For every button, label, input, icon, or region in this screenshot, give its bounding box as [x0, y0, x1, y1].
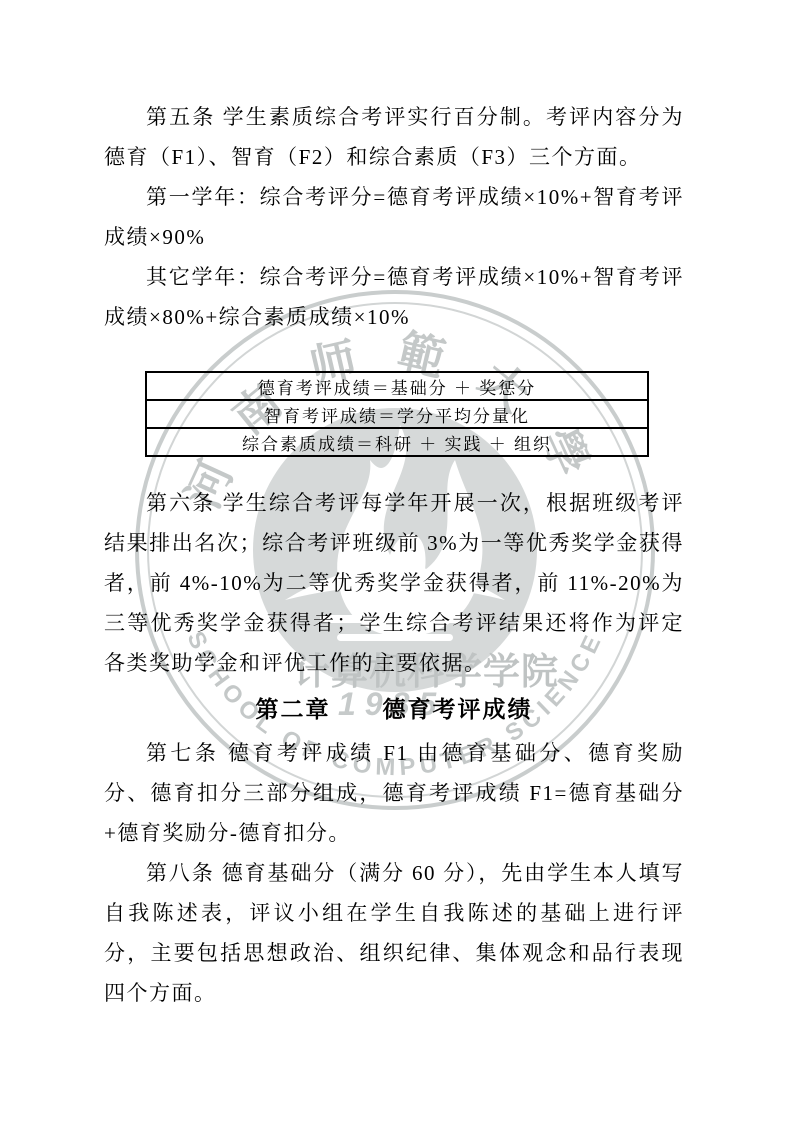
score-formula-table: 德育考评成绩＝基础分 ＋ 奖惩分 智育考评成绩＝学分平均分量化 综合素质成绩＝科…: [145, 371, 649, 457]
paragraph-formula-other-years: 其它学年：综合考评分=德育考评成绩×10%+智育考评成绩×80%+综合素质成绩×…: [104, 257, 684, 337]
paragraph-article-5: 第五条 学生素质综合考评实行百分制。考评内容分为德育（F1）、智育（F2）和综合…: [104, 97, 684, 177]
chapter-2-heading: 第二章德育考评成绩: [104, 689, 684, 729]
paragraph-article-7: 第七条 德育考评成绩 F1 由德育基础分、德育奖励分、德育扣分三部分组成，德育考…: [104, 733, 684, 853]
chapter-number: 第二章: [256, 696, 331, 722]
table-cell-moral-formula: 德育考评成绩＝基础分 ＋ 奖惩分: [146, 372, 648, 400]
paragraph-article-6: 第六条 学生综合考评每学年开展一次，根据班级考评结果排出名次；综合考评班级前 3…: [104, 483, 684, 683]
document-content: 第五条 学生素质综合考评实行百分制。考评内容分为德育（F1）、智育（F2）和综合…: [104, 0, 684, 1013]
table-row: 德育考评成绩＝基础分 ＋ 奖惩分: [146, 372, 648, 400]
table-cell-intellectual-formula: 智育考评成绩＝学分平均分量化: [146, 400, 648, 428]
chapter-title: 德育考评成绩: [383, 696, 533, 722]
table-row: 综合素质成绩＝科研 ＋ 实践 ＋ 组织: [146, 428, 648, 456]
paragraph-article-8: 第八条 德育基础分（满分 60 分），先由学生本人填写自我陈述表，评议小组在学生…: [104, 853, 684, 1013]
document-page: 河南师範大學 SCHOOL OF COMPUTER SCIENCE 计算机科学学…: [0, 0, 794, 1123]
paragraph-formula-first-year: 第一学年：综合考评分=德育考评成绩×10%+智育考评成绩×90%: [104, 177, 684, 257]
table-cell-comprehensive-formula: 综合素质成绩＝科研 ＋ 实践 ＋ 组织: [146, 428, 648, 456]
table-row: 智育考评成绩＝学分平均分量化: [146, 400, 648, 428]
